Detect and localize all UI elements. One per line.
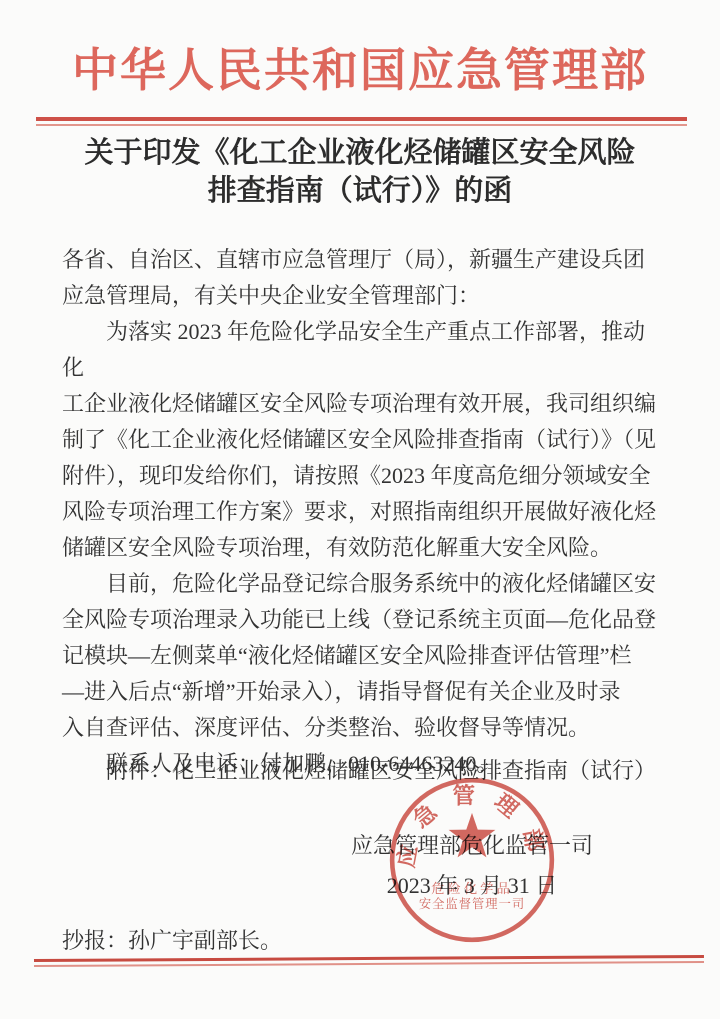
body-paragraph-1: 为落实 2023 年危险化学品安全生产重点工作部署，推动化 工企业液化烃储罐区安… bbox=[62, 314, 660, 566]
letter-body: 各省、自治区、直辖市应急管理厅（局），新疆生产建设兵团 应急管理局，有关中央企业… bbox=[62, 242, 660, 782]
salutation-paragraph: 各省、自治区、直辖市应急管理厅（局），新疆生产建设兵团 应急管理局，有关中央企业… bbox=[62, 242, 660, 314]
body-paragraph-2: 目前，危险化学品登记综合服务系统中的液化烃储罐区安 全风险专项治理录入功能已上线… bbox=[62, 566, 660, 746]
attachment-line: 附件：化工企业液化烃储罐区安全风险排查指南（试行） bbox=[62, 754, 660, 785]
footer-divider-rule bbox=[34, 955, 704, 967]
signature-block: 应急管理部危化监管一司 2023 年 3 月 31 日 bbox=[348, 826, 596, 906]
letterhead-ministry-name: 中华人民共和国应急管理部 bbox=[0, 34, 720, 100]
letterhead-divider-rule bbox=[36, 117, 687, 126]
signature-department: 应急管理部危化监管一司 bbox=[348, 826, 596, 866]
document-page: 中华人民共和国应急管理部 关于印发《化工企业液化烃储罐区安全风险 排查指南（试行… bbox=[0, 0, 720, 1019]
signature-date: 2023 年 3 月 31 日 bbox=[348, 866, 596, 906]
document-title: 关于印发《化工企业液化烃储罐区安全风险 排查指南（试行）》的函 bbox=[0, 134, 720, 210]
cc-line: 抄报：孙广宇副部长。 bbox=[62, 924, 282, 955]
